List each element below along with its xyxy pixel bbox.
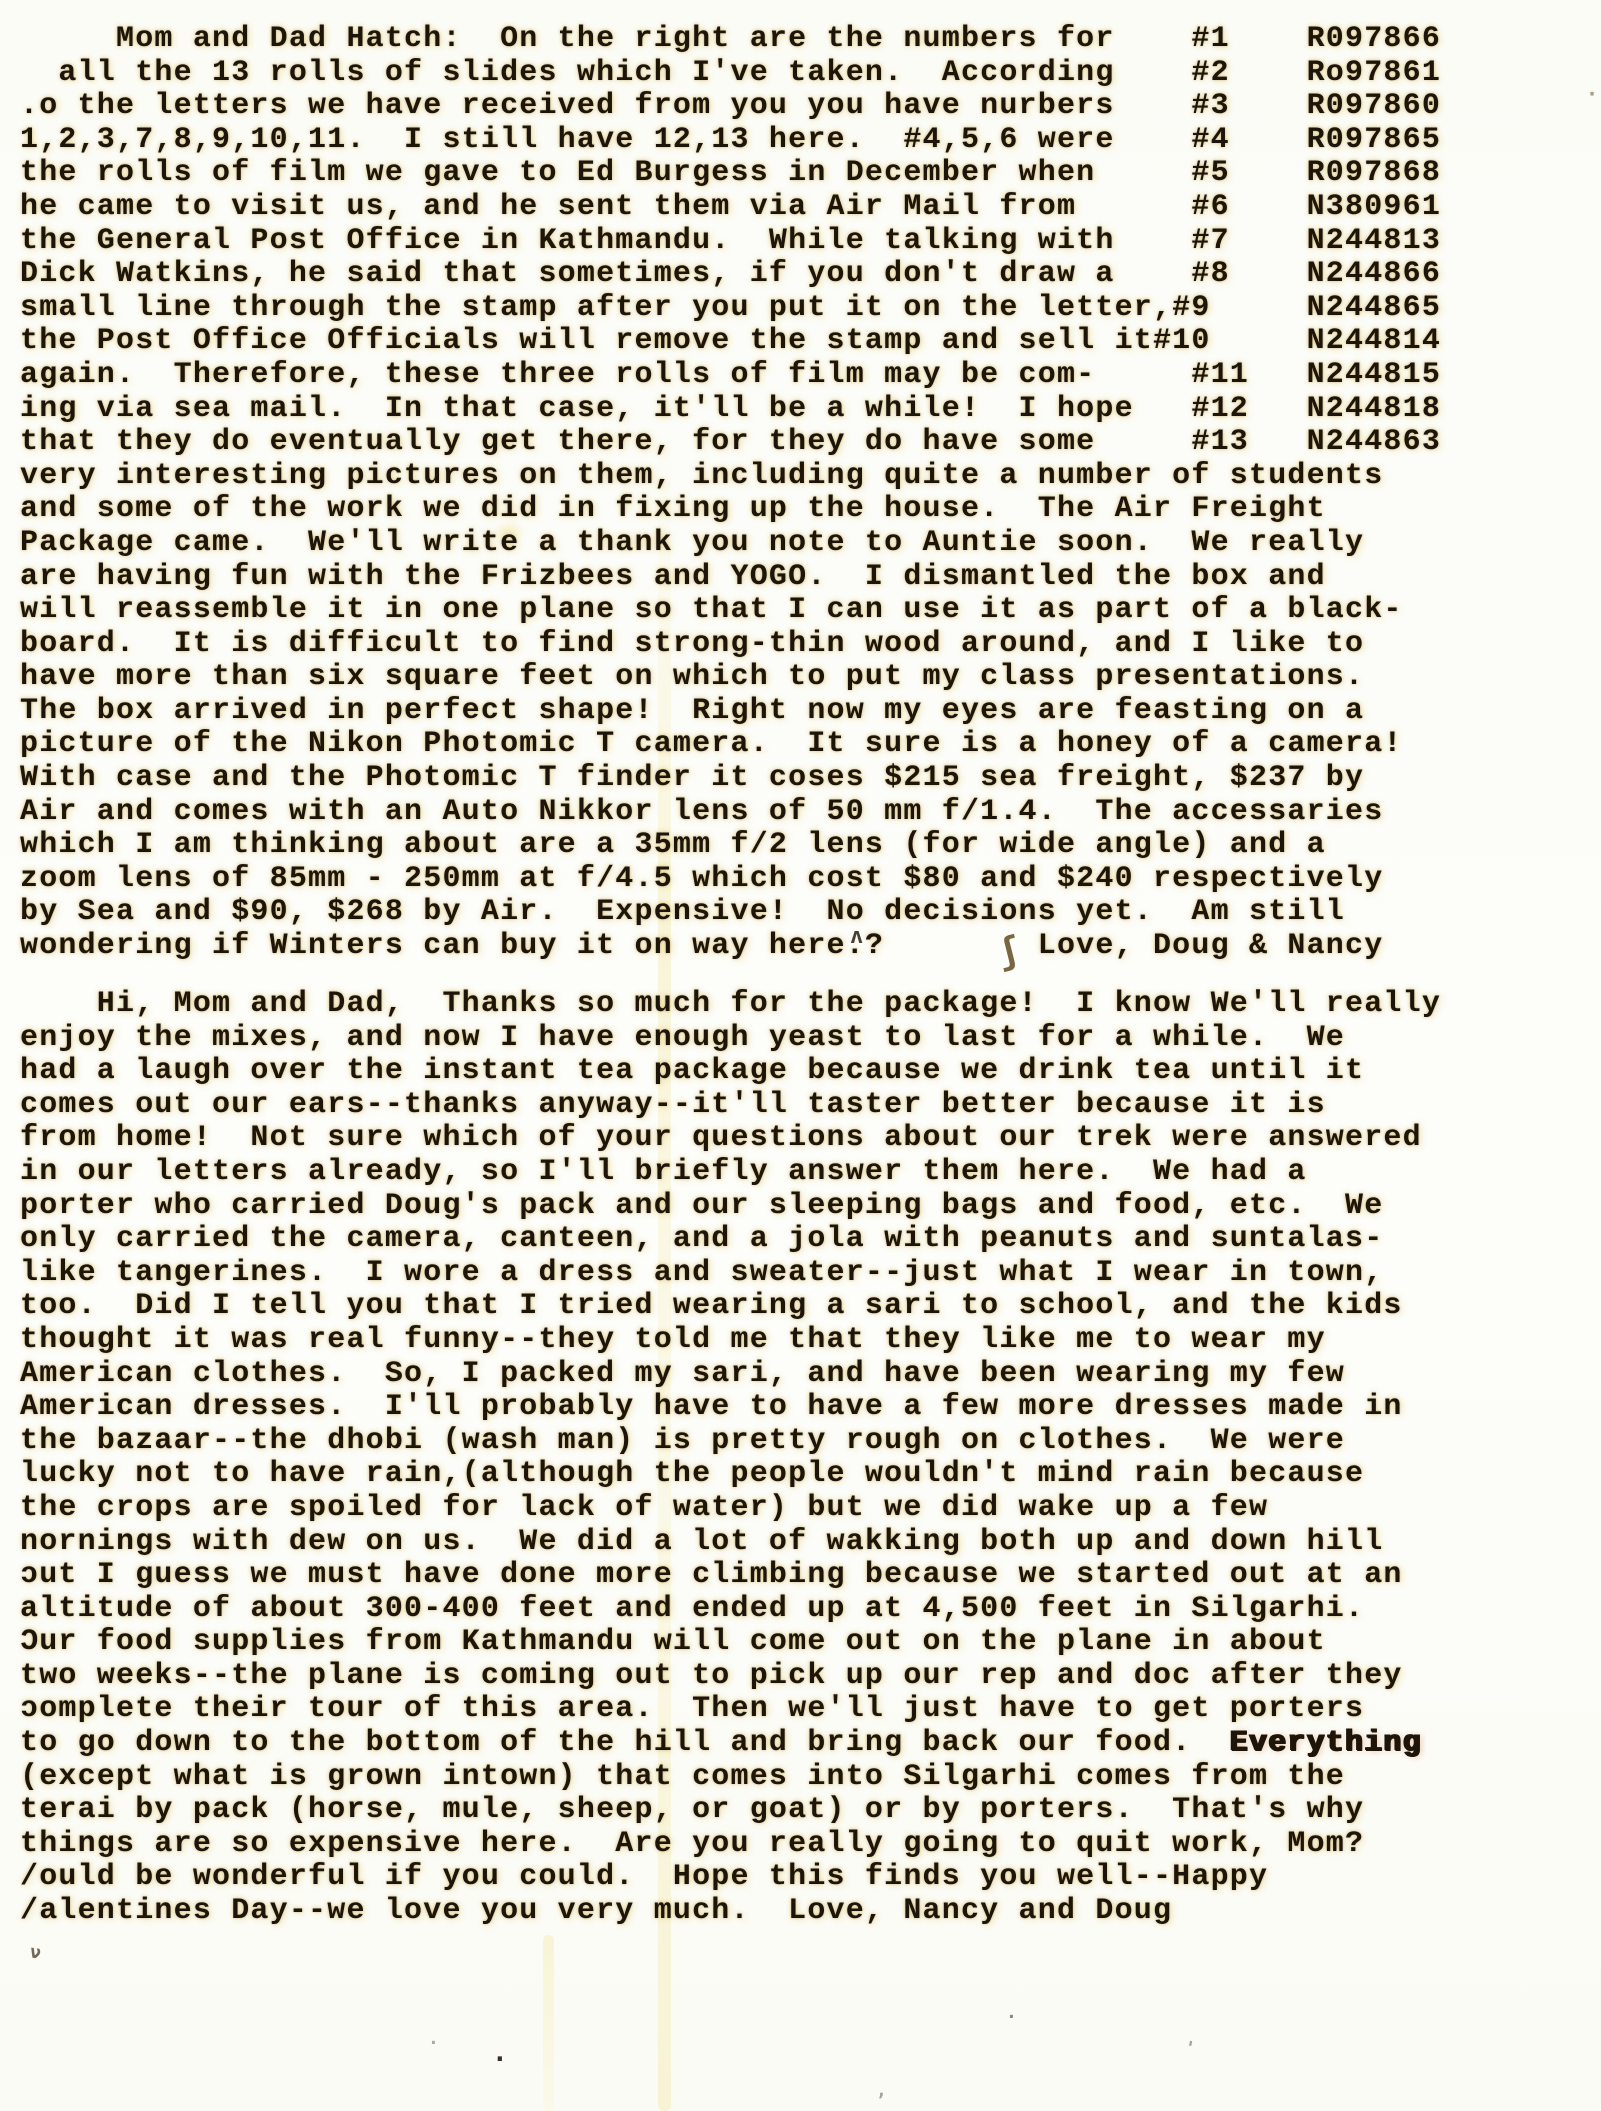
letter-line: he came to visit us, and he sent them vi… — [20, 191, 1441, 225]
letter-line: With case and the Photomic T finder it c… — [20, 762, 1441, 796]
letter-line: Hi, Mom and Dad, Thanks so much for the … — [20, 988, 1441, 1022]
letter-line: that they do eventually get there, for t… — [20, 426, 1441, 460]
letter-line: altitude of about 300-400 feet and ended… — [20, 1593, 1441, 1627]
letter-line: too. Did I tell you that I tried wearing… — [20, 1290, 1441, 1324]
stray-ink-mark: ' — [1182, 2039, 1196, 2059]
letter-line: /ould be wonderful if you could. Hope th… — [20, 1861, 1441, 1895]
letter-line: will reassemble it in one plane so that … — [20, 594, 1441, 628]
letter-line: enjoy the mixes, and now I have enough y… — [20, 1022, 1441, 1056]
paper-stain-streak-bottom — [543, 1935, 554, 2111]
letter-line: American clothes. So, I packed my sari, … — [20, 1358, 1441, 1392]
letter-line: by Sea and $90, $268 by Air. Expensive! … — [20, 896, 1441, 930]
stray-ink-mark: . — [492, 2040, 508, 2066]
letter-line: nornings with dew on us. We did a lot of… — [20, 1526, 1441, 1560]
letter-line: and some of the work we did in fixing up… — [20, 493, 1441, 527]
letter-line: the General Post Office in Kathmandu. Wh… — [20, 225, 1441, 259]
letter-line: American dresses. I'll probably have to … — [20, 1391, 1441, 1425]
letter-line: .o the letters we have received from you… — [20, 90, 1441, 124]
letter-line: very interesting pictures on them, inclu… — [20, 460, 1441, 494]
letter-scan-page: { "page": { "background": "#fcfcf8", "in… — [0, 0, 1601, 2111]
letter-line: 1,2,3,7,8,9,10,11. I still have 12,13 he… — [20, 124, 1441, 158]
letter-line: /alentines Day--we love you very much. L… — [20, 1895, 1441, 1929]
letter-line: have more than six square feet on which … — [20, 661, 1441, 695]
letter-line: picture of the Nikon Photomic T camera. … — [20, 728, 1441, 762]
letter-paragraph-doug: Mom and Dad Hatch: On the right are the … — [20, 23, 1441, 964]
stray-ink-mark: ν — [29, 1943, 42, 1962]
letter-line: two weeks--the plane is coming out to pi… — [20, 1660, 1441, 1694]
letter-line: (except what is grown intown) that comes… — [20, 1761, 1441, 1795]
letter-line: from home! Not sure which of your questi… — [20, 1122, 1441, 1156]
letter-line: zoom lens of 85mm - 250mm at f/4.5 which… — [20, 863, 1441, 897]
letter-line: ɔomplete their tour of this area. Then w… — [20, 1693, 1441, 1727]
letter-line: the Post Office Officials will remove th… — [20, 325, 1441, 359]
stray-ink-mark: · — [1586, 84, 1598, 104]
stray-ink-mark: , — [876, 2082, 887, 2100]
letter-line: only carried the camera, canteen, and a … — [20, 1223, 1441, 1257]
letter-line: The box arrived in perfect shape! Right … — [20, 695, 1441, 729]
letter-line: board. It is difficult to find strong-th… — [20, 628, 1441, 662]
letter-line: Ɔur food supplies from Kathmandu will co… — [20, 1626, 1441, 1660]
letter-line: comes out our ears--thanks anyway--it'll… — [20, 1089, 1441, 1123]
letter-line: had a laugh over the instant tea package… — [20, 1055, 1441, 1089]
letter-line: the rolls of film we gave to Ed Burgess … — [20, 157, 1441, 191]
letter-line: Dick Watkins, he said that sometimes, if… — [20, 258, 1441, 292]
letter-paragraph-nancy: Hi, Mom and Dad, Thanks so much for the … — [20, 988, 1441, 1929]
letter-line: which I am thinking about are a 35mm f/2… — [20, 829, 1441, 863]
letter-line: like tangerines. I wore a dress and swea… — [20, 1257, 1441, 1291]
letter-line: ɔut I guess we must have done more climb… — [20, 1559, 1441, 1593]
letter-line: terai by pack (horse, mule, sheep, or go… — [20, 1794, 1441, 1828]
letter-line: Air and comes with an Auto Nikkor lens o… — [20, 796, 1441, 830]
stray-ink-mark: . — [1006, 2004, 1017, 2022]
letter-line: things are so expensive here. Are you re… — [20, 1828, 1441, 1862]
letter-line: again. Therefore, these three rolls of f… — [20, 359, 1441, 393]
letter-line: thought it was real funny--they told me … — [20, 1324, 1441, 1358]
stray-ink-mark: . — [428, 2030, 439, 2048]
letter-line: lucky not to have rain,(although the peo… — [20, 1458, 1441, 1492]
letter-line-text: to go down to the bottom of the hill and… — [20, 1726, 1230, 1760]
letter-line: to go down to the bottom of the hill and… — [20, 1727, 1441, 1761]
letter-line: the crops are spoiled for lack of water)… — [20, 1492, 1441, 1526]
letter-line: Package came. We'll write a thank you no… — [20, 527, 1441, 561]
letter-line: wondering if Winters can buy it on way h… — [20, 930, 1441, 964]
letter-line: Mom and Dad Hatch: On the right are the … — [20, 23, 1441, 57]
letter-line: the bazaar--the dhobi (wash man) is pret… — [20, 1425, 1441, 1459]
letter-line: all the 13 rolls of slides which I've ta… — [20, 57, 1441, 91]
stray-ink-mark: ʌ — [850, 926, 863, 948]
letter-line: in our letters already, so I'll briefly … — [20, 1156, 1441, 1190]
letter-line: small line through the stamp after you p… — [20, 292, 1441, 326]
overstruck-word: Everything — [1230, 1726, 1422, 1760]
letter-line: are having fun with the Frizbees and YOG… — [20, 561, 1441, 595]
letter-line: ing via sea mail. In that case, it'll be… — [20, 393, 1441, 427]
letter-line: porter who carried Doug's pack and our s… — [20, 1190, 1441, 1224]
